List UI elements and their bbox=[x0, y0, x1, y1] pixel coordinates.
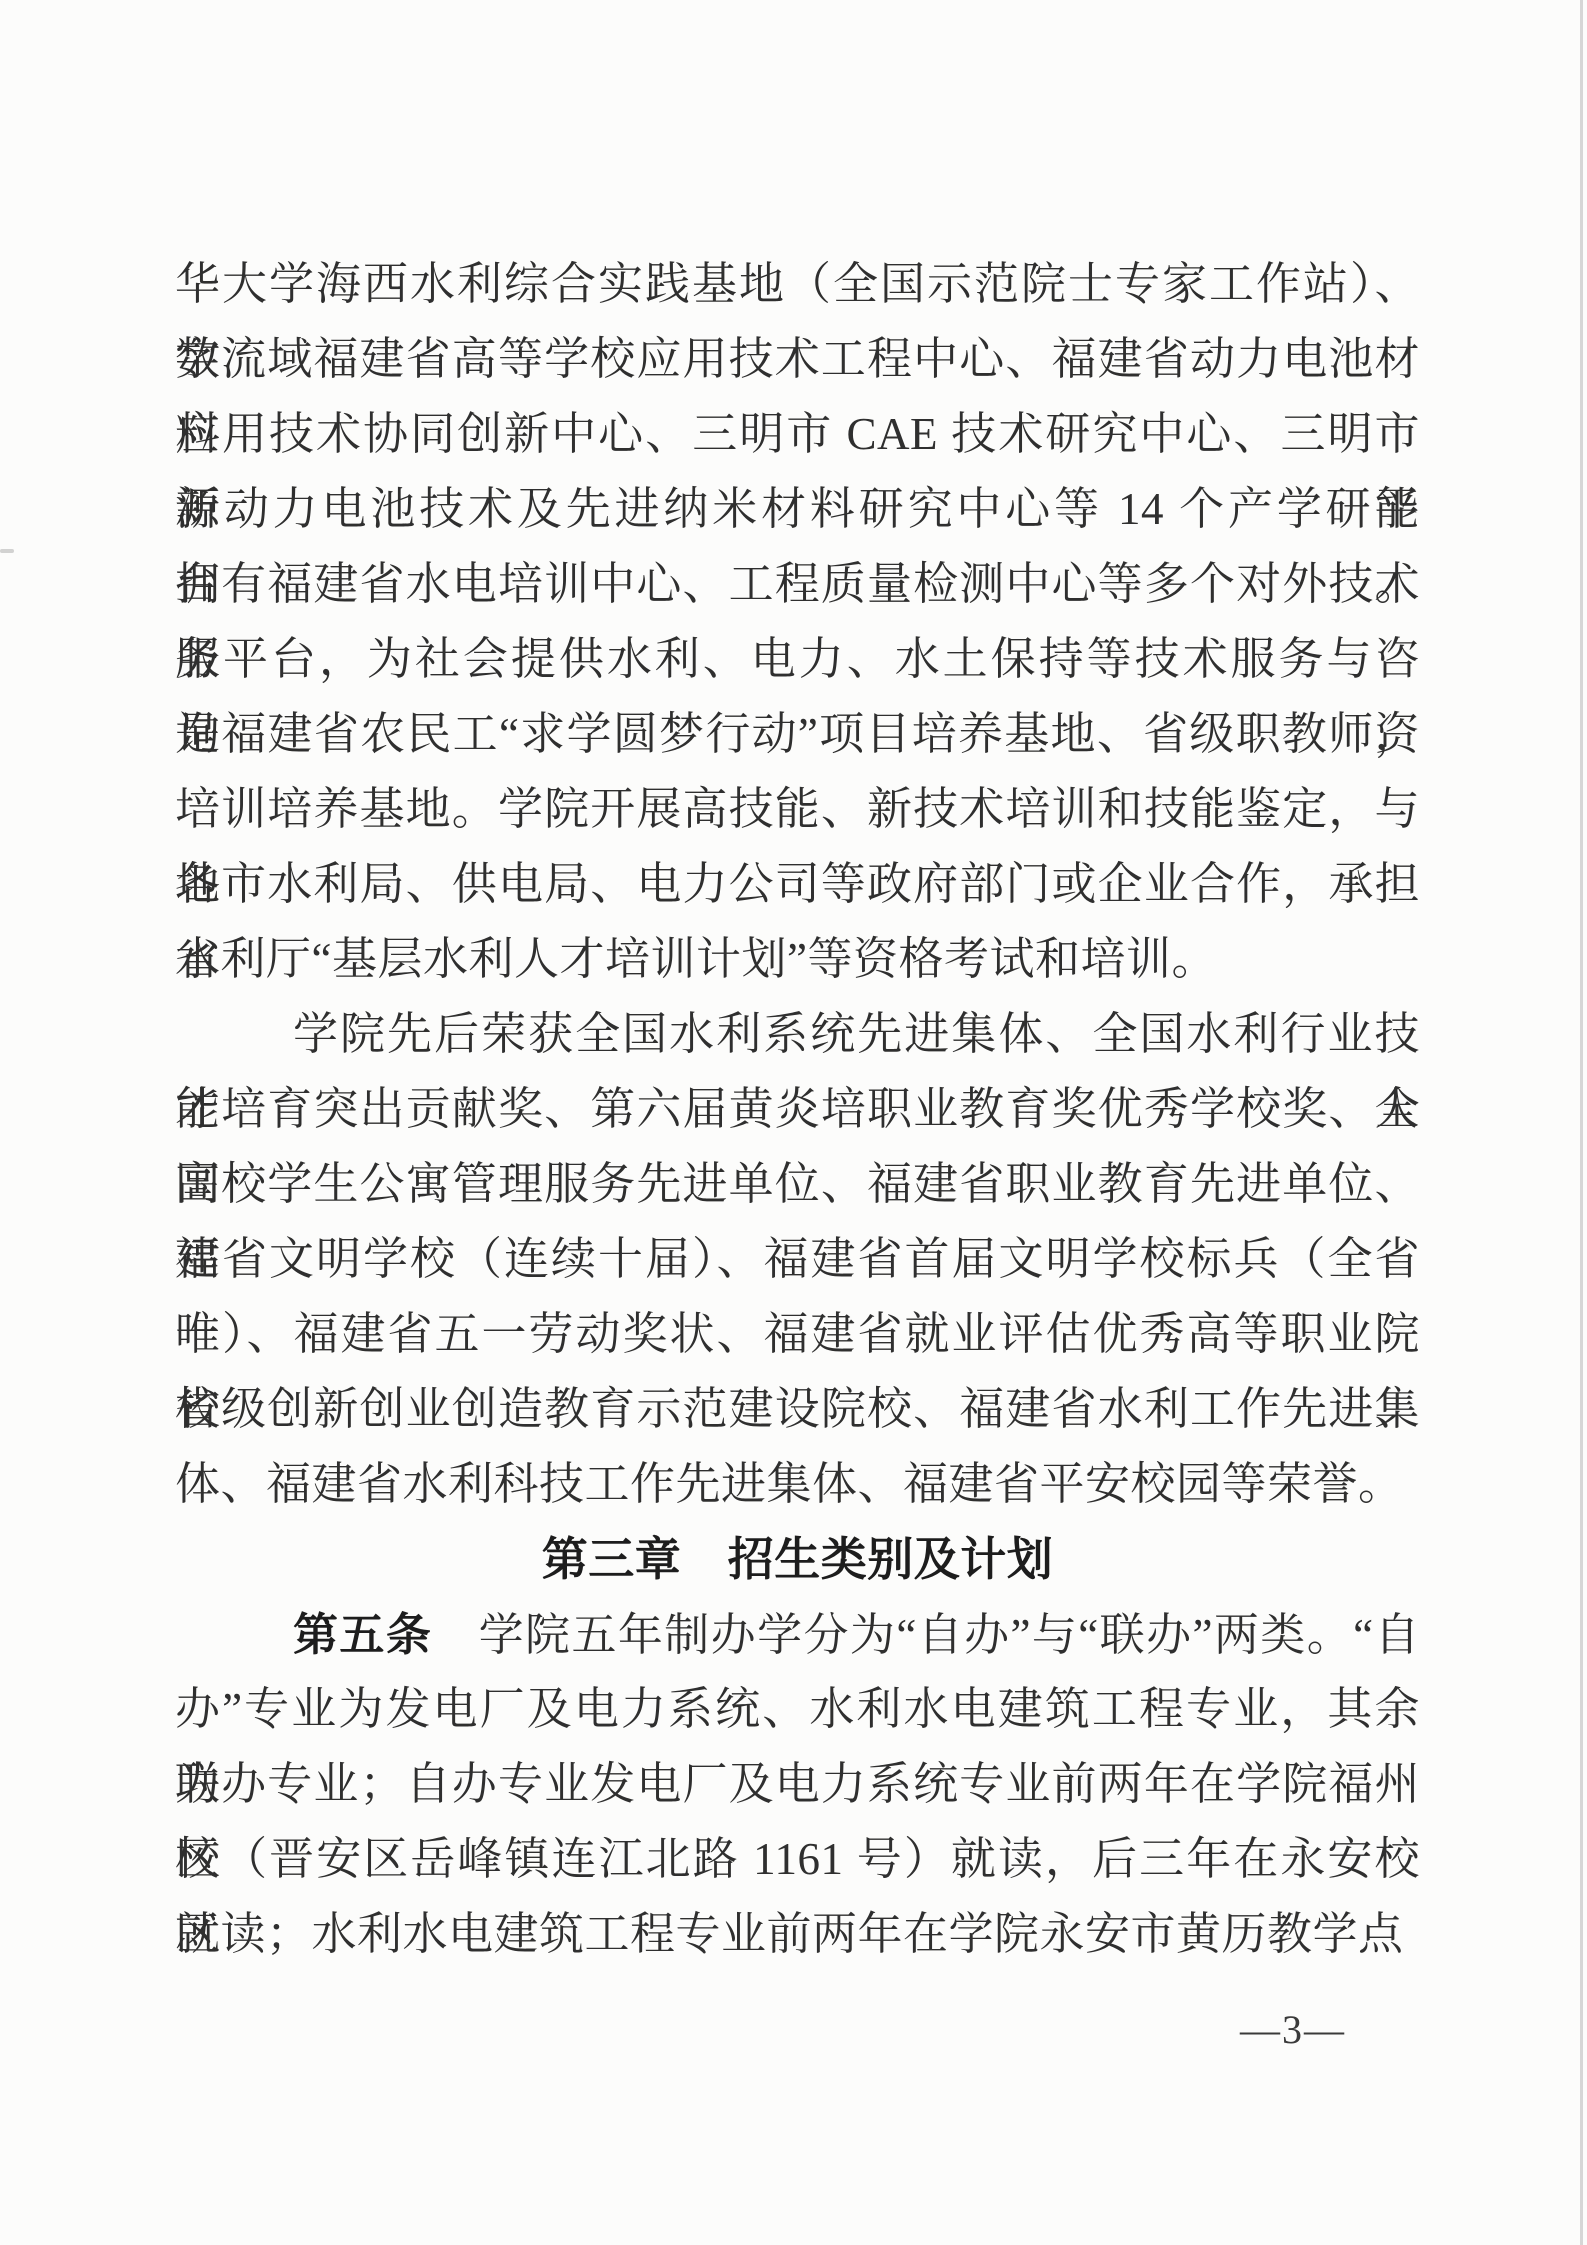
page-number: —3— bbox=[1240, 2008, 1346, 2052]
article-number-term: 第五条 bbox=[293, 1609, 432, 1660]
text-line: 才培育突出贡献奖、第六届黄炎培职业教育奖优秀学校奖、全国 bbox=[175, 1072, 1420, 1147]
text-line: 应用技术协同创新中心、三明市 CAE 技术研究中心、三明市新能 bbox=[175, 397, 1420, 472]
scanned-document-page: 华大学海西水利综合实践基地（全国示范院士专家工作站）、数字流域福建省高等学校应用… bbox=[0, 0, 1587, 2245]
text-line: 建省文明学校（连续十届）、福建省首届文明学校标兵（全省唯 bbox=[175, 1222, 1420, 1297]
text-line: 第五条 学院五年制办学分为“自办”与“联办”两类。“自 bbox=[175, 1597, 1420, 1672]
scan-edge-artifact bbox=[1580, 0, 1583, 2245]
text-line: 是福建省农民工“求学圆梦行动”项目培养基地、省级职教师资 bbox=[175, 697, 1420, 772]
text-line: 高校学生公寓管理服务先进单位、福建省职业教育先进单位、福 bbox=[175, 1147, 1420, 1222]
text-line: 省级创新创业创造教育示范建设院校、福建省水利工作先进集 bbox=[175, 1372, 1420, 1447]
text-line: 体、福建省水利科技工作先进集体、福建省平安校园等荣誉。 bbox=[175, 1447, 1420, 1522]
text-line: 联办专业；自办专业发电厂及电力系统专业前两年在学院福州校 bbox=[175, 1747, 1420, 1822]
text-line: 务平台，为社会提供水利、电力、水土保持等技术服务与咨询， bbox=[175, 622, 1420, 697]
text-line: 地市水利局、供电局、电力公司等政府部门或企业合作，承担省 bbox=[175, 847, 1420, 922]
text-line: 华大学海西水利综合实践基地（全国示范院士专家工作站）、数 bbox=[175, 247, 1420, 322]
text-run: 第三章 招生类别及计划 bbox=[542, 1533, 1054, 1585]
text-line: 培训培养基地。学院开展高技能、新技术培训和技能鉴定，与各 bbox=[175, 772, 1420, 847]
text-run: 是福建省农民工“求学圆梦行动”项目培养基地、省级职教师资 bbox=[175, 709, 1420, 759]
chapter-heading: 第三章 招生类别及计划 bbox=[175, 1522, 1420, 1597]
text-line: 拥有福建省水电培训中心、工程质量检测中心等多个对外技术服 bbox=[175, 547, 1420, 622]
text-block: 华大学海西水利综合实践基地（全国示范院士专家工作站）、数字流域福建省高等学校应用… bbox=[175, 247, 1420, 1972]
text-run: 省级创新创业创造教育示范建设院校、福建省水利工作先进集 bbox=[175, 1384, 1420, 1434]
text-run: 学院五年制办学分为“自办”与“联办”两类。“自 bbox=[432, 1610, 1420, 1660]
text-run: 体、福建省水利科技工作先进集体、福建省平安校园等荣誉。 bbox=[175, 1459, 1404, 1509]
text-line: 办”专业为发电厂及电力系统、水利水电建筑工程专业，其余为 bbox=[175, 1672, 1420, 1747]
text-line: 字流域福建省高等学校应用技术工程中心、福建省动力电池材料 bbox=[175, 322, 1420, 397]
text-line: 水利厅“基层水利人才培训计划”等资格考试和培训。 bbox=[175, 922, 1420, 997]
text-run: 水利厅“基层水利人才培训计划”等资格考试和培训。 bbox=[175, 934, 1217, 984]
text-line: 区（晋安区岳峰镇连江北路 1161 号）就读，后三年在永安校区 bbox=[175, 1822, 1420, 1897]
scan-margin-artifact bbox=[0, 549, 14, 553]
text-line: 学院先后荣获全国水利系统先进集体、全国水利行业技能人 bbox=[175, 997, 1420, 1072]
text-line: 一）、福建省五一劳动奖状、福建省就业评估优秀高等职业院校、 bbox=[175, 1297, 1420, 1372]
text-run: 就读；水利水电建筑工程专业前两年在学院永安市黄历教学点 bbox=[175, 1909, 1404, 1959]
text-line: 就读；水利水电建筑工程专业前两年在学院永安市黄历教学点 bbox=[175, 1897, 1420, 1972]
text-line: 源动力电池技术及先进纳米材料研究中心等 14 个产学研平台。 bbox=[175, 472, 1420, 547]
